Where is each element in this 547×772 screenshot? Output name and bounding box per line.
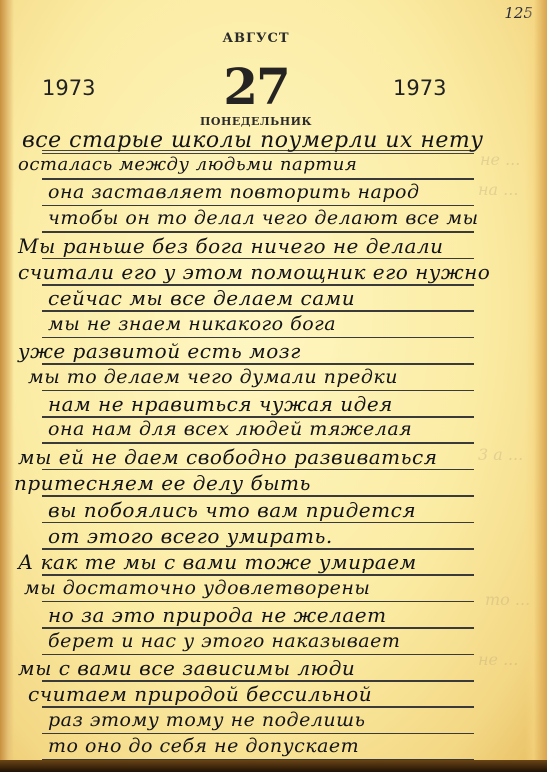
ruled-line xyxy=(42,654,474,656)
bleed-through-mark: то ... xyxy=(485,590,530,609)
handwritten-line: мы не знаем никакого бога xyxy=(48,313,336,335)
handwritten-line: она нам для всех людей тяжелая xyxy=(48,418,412,440)
ruled-line xyxy=(42,442,474,444)
ruled-line xyxy=(42,416,474,418)
handwritten-line: А как те мы с вами тоже умираем xyxy=(18,550,417,574)
handwritten-line: то оно до себя не допускает xyxy=(48,735,359,757)
page-bottom-edge xyxy=(0,760,547,772)
ruled-line xyxy=(42,522,474,524)
handwritten-line: все старые школы поумерли их нету xyxy=(22,128,483,153)
ruled-line xyxy=(42,178,474,180)
ruled-line xyxy=(42,337,474,339)
handwritten-line: сейчас мы все делаем сами xyxy=(48,286,355,310)
bleed-through-mark: не ... xyxy=(478,650,518,669)
ruled-line xyxy=(42,495,474,497)
ruled-line xyxy=(42,574,474,576)
ruled-line xyxy=(42,680,474,682)
handwritten-line: уже развитой есть мозг xyxy=(18,339,301,363)
ruled-line xyxy=(42,469,474,471)
ruled-line xyxy=(42,548,474,550)
ruled-line xyxy=(42,733,474,735)
ruled-line xyxy=(42,390,474,392)
ruled-line xyxy=(42,627,474,629)
ruled-line xyxy=(42,363,474,365)
handwritten-line: мы то делаем чего думали предки xyxy=(28,366,398,388)
ruled-line xyxy=(42,601,474,603)
handwritten-line: считаем природой бессильной xyxy=(28,682,372,706)
handwritten-line: берет и нас у этого наказывает xyxy=(48,630,400,652)
bleed-through-mark: 3 а ... xyxy=(478,445,523,464)
handwritten-line: но за это природа не желает xyxy=(48,603,387,627)
diary-page: 125 АВГУСТ 1973 27 1973 ПОНЕДЕЛЬНИК все … xyxy=(0,0,547,760)
bleed-through-mark: на ... xyxy=(478,180,518,199)
handwritten-line: Мы раньше без бога ничего не делали xyxy=(18,234,444,258)
handwritten-line: осталась между людьми партия xyxy=(18,154,357,175)
handwritten-line: нам не нравиться чужая идея xyxy=(48,392,393,416)
handwritten-line: мы с вами все зависимы люди xyxy=(18,656,355,680)
ruled-line xyxy=(42,258,474,260)
handwritten-line: чтобы он то делал чего делают все мы xyxy=(48,207,479,229)
handwritten-line: мы ей не даем свободно развиваться xyxy=(18,445,437,469)
handwritten-line: мы достаточно удовлетворены xyxy=(24,577,370,599)
ruled-line xyxy=(42,205,474,207)
bleed-through-mark: не ... xyxy=(480,150,520,169)
ruled-line xyxy=(42,284,474,286)
handwritten-line: считали его у этом помощник его нужно xyxy=(18,260,490,284)
handwritten-line: притесняем ее делу быть xyxy=(14,471,311,495)
ruled-line xyxy=(42,310,474,312)
handwritten-line: она заставляет повторить народ xyxy=(48,181,420,203)
handwritten-line: вы побоялись что вам придется xyxy=(48,498,416,522)
handwritten-line: от этого всего умирать. xyxy=(48,524,333,548)
handwritten-line: раз этому тому не поделишь xyxy=(48,709,366,731)
ruled-line xyxy=(42,706,474,708)
ruled-line xyxy=(42,231,474,233)
